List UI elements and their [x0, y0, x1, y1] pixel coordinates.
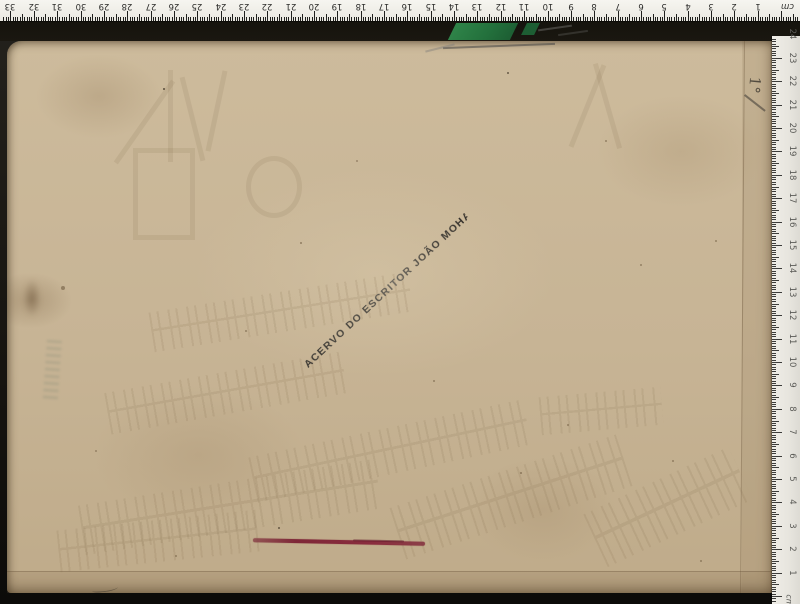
ruler-tick — [358, 17, 359, 22]
ruler-tick — [772, 219, 776, 220]
ruler-tick — [683, 17, 684, 22]
ruler-tick — [519, 17, 520, 22]
ruler-tick — [328, 17, 329, 22]
ruler-tick — [351, 17, 352, 22]
ruler-tick — [127, 11, 128, 21]
ruler-tick — [305, 17, 306, 22]
ruler-tick — [772, 41, 776, 42]
ruler-tick — [52, 17, 53, 22]
ruler-tick — [382, 17, 383, 22]
ruler-number: 21 — [785, 97, 797, 113]
ruler-tick — [772, 156, 776, 157]
ruler-tick — [772, 140, 779, 141]
ruler-tick — [545, 17, 546, 22]
ruler-tick — [583, 14, 584, 21]
ruler-tick — [641, 11, 642, 21]
ruler-tick — [375, 17, 376, 22]
ruler-tick — [772, 589, 776, 590]
ruler-tick — [330, 17, 331, 22]
ruler-tick — [772, 514, 779, 515]
ruler-tick — [772, 451, 776, 452]
ruler-tick — [772, 58, 782, 59]
ruler-tick — [772, 409, 782, 410]
ruler-tick — [772, 88, 776, 89]
ruler-tick — [288, 17, 289, 22]
ruler-tick — [307, 17, 308, 22]
ruler-tick — [223, 17, 224, 22]
ruler-tick — [246, 17, 247, 22]
band-streak — [558, 30, 588, 36]
ruler-tick — [433, 17, 434, 22]
ruler-tick — [421, 17, 422, 22]
ruler-tick — [772, 222, 782, 223]
ruler-tick — [123, 17, 124, 22]
ruler-tick — [772, 388, 776, 389]
ruler-tick — [412, 17, 413, 22]
ruler-tick — [90, 17, 91, 22]
ruler-tick — [762, 17, 763, 22]
ruler-tick — [13, 17, 14, 22]
ruler-tick — [772, 135, 776, 136]
ruler-tick — [281, 17, 282, 22]
ruler-tick — [253, 17, 254, 22]
ruler-tick — [772, 154, 776, 155]
ruler-tick — [772, 343, 776, 344]
ruler-tick — [321, 17, 322, 22]
ruler-tick — [772, 376, 776, 377]
ruler-number: 7 — [785, 424, 797, 440]
ruler-tick — [748, 17, 749, 22]
ruler-tick — [772, 561, 779, 562]
ruler-tick — [688, 11, 689, 21]
ruler-tick — [113, 17, 114, 22]
ruler-tick — [772, 128, 782, 129]
ruler-tick — [772, 465, 776, 466]
ruler-tick — [265, 17, 266, 22]
ruler-tick — [550, 17, 551, 22]
ruler-tick — [372, 14, 373, 21]
ruler-tick — [286, 17, 287, 22]
ruler-tick — [225, 17, 226, 22]
ruler-tick — [772, 144, 776, 145]
ruler-tick — [772, 339, 782, 340]
ruler-tick — [218, 17, 219, 22]
ruler-tick — [772, 203, 776, 204]
ruler-tick — [106, 17, 107, 22]
ruler-tick — [772, 418, 776, 419]
ruler-number: 20 — [305, 1, 323, 11]
ruler-tick — [772, 133, 776, 134]
ruler-tick — [104, 11, 105, 21]
ruler-tick — [723, 14, 724, 21]
ruler-tick — [438, 17, 439, 22]
ruler-tick — [676, 14, 677, 21]
ruler-tick — [772, 601, 776, 602]
ruler-tick — [772, 231, 776, 232]
ruler-tick — [599, 17, 600, 22]
ruler-tick — [772, 397, 779, 398]
ruler-tick — [232, 14, 233, 21]
ruler-tick — [772, 198, 782, 199]
ruler-tick — [755, 17, 756, 22]
ruler-tick — [772, 250, 776, 251]
ruler-tick — [772, 210, 779, 211]
ruler-tick — [139, 14, 140, 21]
ruler-tick — [772, 460, 776, 461]
ruler-tick — [772, 77, 776, 78]
ruler-tick — [496, 17, 497, 22]
ruler-tick — [347, 17, 348, 22]
ruler-tick — [772, 325, 776, 326]
ruler-tick — [772, 280, 779, 281]
ruler-tick — [389, 17, 390, 22]
ruler-tick — [727, 17, 728, 22]
ruler-tick — [634, 17, 635, 22]
ruler-tick — [788, 17, 789, 22]
ruler-tick — [298, 17, 299, 22]
ruler-tick — [772, 254, 776, 255]
ruler-tick — [130, 17, 131, 22]
ruler-tick — [172, 17, 173, 22]
ruler-tick — [772, 580, 776, 581]
ruler-tick — [772, 353, 776, 354]
ruler-tick — [772, 346, 776, 347]
ruler-tick — [772, 257, 779, 258]
ruler-tick — [190, 17, 191, 22]
ruler-tick — [277, 17, 278, 22]
ruler-tick — [55, 17, 56, 22]
ruler-tick — [772, 208, 776, 209]
ruler-tick — [209, 14, 210, 21]
ruler-number: 16 — [785, 214, 797, 230]
ruler-tick — [66, 17, 67, 22]
ruler-tick — [718, 17, 719, 22]
ruler-tick — [611, 17, 612, 22]
ruler-tick — [571, 11, 572, 21]
ruler-tick — [183, 17, 184, 22]
ruler-number: 31 — [48, 1, 66, 11]
ruler-number: 12 — [492, 1, 510, 11]
ruler-tick — [772, 315, 782, 316]
ruler-tick — [461, 17, 462, 22]
ruler-tick — [552, 17, 553, 22]
ruler-number: 6 — [632, 1, 650, 11]
ruler-tick — [772, 119, 776, 120]
ruler-tick — [76, 17, 77, 22]
ruler-tick — [772, 348, 776, 349]
ruler-number: 30 — [72, 1, 90, 11]
ruler-tick — [557, 17, 558, 22]
ruler-tick — [370, 17, 371, 22]
ruler-number: 24 — [212, 1, 230, 11]
ruler-tick — [363, 17, 364, 22]
ruler-tick — [772, 201, 776, 202]
ruler-number: 5 — [785, 471, 797, 487]
ruler-tick — [772, 484, 776, 485]
right-ruler: cm 1234567891011121314151617181920212223… — [772, 36, 800, 604]
ruler-tick — [772, 390, 776, 391]
ruler-number: 19 — [785, 143, 797, 159]
ruler-tick — [29, 17, 30, 22]
ruler-tick — [426, 17, 427, 22]
ruler-tick — [772, 411, 776, 412]
ruler-tick — [188, 17, 189, 22]
ruler-tick — [772, 51, 776, 52]
ruler-tick — [772, 168, 776, 169]
ruler-tick — [57, 11, 58, 21]
ruler-tick — [772, 123, 776, 124]
ruler-tick — [772, 116, 779, 117]
ruler-tick — [772, 282, 776, 283]
ruler-tick — [772, 381, 776, 382]
ruler-tick — [531, 17, 532, 22]
ruler-tick — [772, 67, 776, 68]
ruler-tick — [620, 17, 621, 22]
ruler-tick — [244, 11, 245, 21]
ruler-tick — [235, 17, 236, 22]
ruler-tick — [772, 549, 782, 550]
ruler-tick — [772, 435, 776, 436]
ruler-tick — [604, 17, 605, 22]
ruler-tick — [772, 535, 776, 536]
ruler-tick — [772, 147, 776, 148]
ruler-tick — [491, 17, 492, 22]
ruler-number: 10 — [785, 354, 797, 370]
ruler-tick — [216, 17, 217, 22]
ruler-tick — [272, 17, 273, 22]
ruler-tick — [494, 17, 495, 22]
ruler-tick — [459, 17, 460, 22]
ruler-tick — [772, 109, 776, 110]
ruler-tick — [685, 17, 686, 22]
ruler-tick — [141, 17, 142, 22]
ruler-number: 3 — [785, 518, 797, 534]
ruler-tick — [772, 142, 776, 143]
ruler-tick — [517, 17, 518, 22]
ruler-tick — [695, 17, 696, 22]
ruler-tick — [772, 224, 776, 225]
ruler-tick — [548, 11, 549, 21]
ruler-tick — [772, 498, 776, 499]
ruler-tick — [109, 17, 110, 22]
ruler-tick — [578, 17, 579, 22]
ruler-tick — [179, 17, 180, 22]
ruler-tick — [214, 17, 215, 22]
ruler-tick — [772, 205, 776, 206]
ruler-number: 29 — [95, 1, 113, 11]
ruler-tick — [431, 11, 432, 21]
ruler-tick — [772, 226, 776, 227]
ruler-tick — [772, 486, 776, 487]
ruler-tick — [466, 14, 467, 21]
ruler-tick — [636, 17, 637, 22]
ruler-tick — [779, 17, 780, 22]
ruler-tick — [396, 14, 397, 21]
ruler-tick — [667, 17, 668, 22]
ruler-tick — [772, 505, 776, 506]
ruler-tick — [692, 17, 693, 22]
ruler-tick — [772, 65, 776, 66]
ruler-tick — [524, 11, 525, 21]
ruler-tick — [702, 17, 703, 22]
ruler-tick — [772, 570, 776, 571]
ruler-tick — [562, 17, 563, 22]
ruler-tick — [407, 11, 408, 21]
ruler-tick — [772, 516, 776, 517]
ruler-tick — [772, 413, 776, 414]
ruler-number: 19 — [328, 1, 346, 11]
ruler-tick — [69, 14, 70, 21]
ruler-tick — [316, 17, 317, 22]
ruler-tick — [529, 17, 530, 22]
ruler-tick — [772, 296, 776, 297]
ruler-tick — [772, 100, 776, 101]
ruler-tick — [772, 327, 779, 328]
ruler-tick — [706, 17, 707, 22]
ruler-tick — [699, 14, 700, 21]
ruler-tick — [242, 17, 243, 22]
ruler-tick — [445, 17, 446, 22]
ruler-tick — [592, 17, 593, 22]
ruler-number: 8 — [785, 401, 797, 417]
ruler-tick — [263, 17, 264, 22]
ruler-tick — [540, 17, 541, 22]
ruler-tick — [379, 17, 380, 22]
paper-fold-column — [742, 41, 773, 593]
ruler-number: 3 — [702, 1, 720, 11]
ruler-number: 16 — [398, 1, 416, 11]
ruler-tick — [772, 521, 776, 522]
ruler-tick — [713, 17, 714, 22]
ruler-tick — [606, 14, 607, 21]
ruler-tick — [681, 17, 682, 22]
ruler-tick — [772, 432, 782, 433]
ruler-tick — [772, 187, 779, 188]
margin-smudge — [43, 337, 62, 400]
green-backing-patch — [448, 23, 518, 40]
ruler-number: 15 — [422, 1, 440, 11]
ruler-tick — [165, 17, 166, 22]
ruler-tick — [3, 17, 4, 22]
ruler-tick — [449, 17, 450, 22]
ruler-tick — [772, 177, 776, 178]
ruler-tick — [118, 17, 119, 22]
ruler-tick — [772, 547, 776, 548]
ruler-tick — [489, 14, 490, 21]
ruler-tick — [657, 17, 658, 22]
ruler-tick — [697, 17, 698, 22]
ruler-tick — [772, 446, 776, 447]
ruler-tick — [772, 587, 776, 588]
ruler-tick — [8, 17, 9, 22]
ruler-tick — [643, 17, 644, 22]
ruler-number: 7 — [609, 1, 627, 11]
ruler-tick — [573, 17, 574, 22]
ruler-tick — [772, 566, 776, 567]
ruler-tick — [720, 17, 721, 22]
ruler-number: 25 — [188, 1, 206, 11]
ruler-tick — [295, 17, 296, 22]
ruler-tick — [772, 378, 776, 379]
ruler-tick — [772, 72, 776, 73]
ruler-tick — [772, 538, 779, 539]
ruler-tick — [144, 17, 145, 22]
ruler-tick — [772, 268, 782, 269]
ruler-tick — [772, 175, 782, 176]
ruler-tick — [772, 563, 776, 564]
ruler-tick — [772, 191, 776, 192]
ruler-tick — [38, 17, 39, 22]
ruler-tick — [344, 17, 345, 22]
ruler-number: 22 — [785, 73, 797, 89]
ruler-tick — [597, 17, 598, 22]
ruler-tick — [162, 14, 163, 21]
ruler-tick — [772, 233, 779, 234]
ruler-tick — [772, 385, 782, 386]
ruler-tick — [772, 523, 776, 524]
ruler-tick — [772, 596, 782, 597]
ruler-tick — [368, 17, 369, 22]
ruler-tick — [730, 17, 731, 22]
ruler-tick — [314, 11, 315, 21]
ruler-tick — [627, 17, 628, 22]
ruler-tick — [772, 121, 776, 122]
ruler-tick — [97, 17, 98, 22]
ruler-tick — [772, 545, 776, 546]
ruler-tick — [781, 11, 782, 21]
ruler-number: 11 — [785, 331, 797, 347]
ruler-tick — [590, 17, 591, 22]
ruler-tick — [772, 556, 776, 557]
ruler-tick — [251, 17, 252, 22]
ruler-tick — [508, 17, 509, 22]
ruler-tick — [323, 17, 324, 22]
ruler-tick — [487, 17, 488, 22]
ruler-tick — [674, 17, 675, 22]
ruler-tick — [772, 421, 779, 422]
ruler-tick — [291, 11, 292, 21]
ruler-tick — [741, 17, 742, 22]
ruler-tick — [414, 17, 415, 22]
ruler-tick — [772, 170, 776, 171]
ruler-tick — [83, 17, 84, 22]
ruler-tick — [169, 17, 170, 22]
ruler-tick — [772, 247, 776, 248]
ruler-tick — [134, 17, 135, 22]
ruler-tick — [669, 17, 670, 22]
ruler-number: 22 — [258, 1, 276, 11]
ruler-tick — [503, 17, 504, 22]
ruler-tick — [653, 14, 654, 21]
ruler-tick — [772, 266, 776, 267]
ruler-tick — [772, 86, 776, 87]
ruler-tick — [772, 184, 776, 185]
ruler-tick — [772, 311, 776, 312]
ruler-tick — [181, 17, 182, 22]
ruler-tick — [10, 11, 11, 21]
ruler-tick — [704, 17, 705, 22]
ruler-tick — [744, 17, 745, 22]
ruler-tick — [772, 479, 782, 480]
ruler-tick — [772, 114, 776, 115]
ruler-tick — [456, 17, 457, 22]
ruler-tick — [533, 17, 534, 22]
ruler-tick — [45, 14, 46, 21]
ruler-tick — [662, 17, 663, 22]
ruler-tick — [772, 577, 776, 578]
ruler-tick — [88, 17, 89, 22]
ruler-tick — [772, 194, 776, 195]
